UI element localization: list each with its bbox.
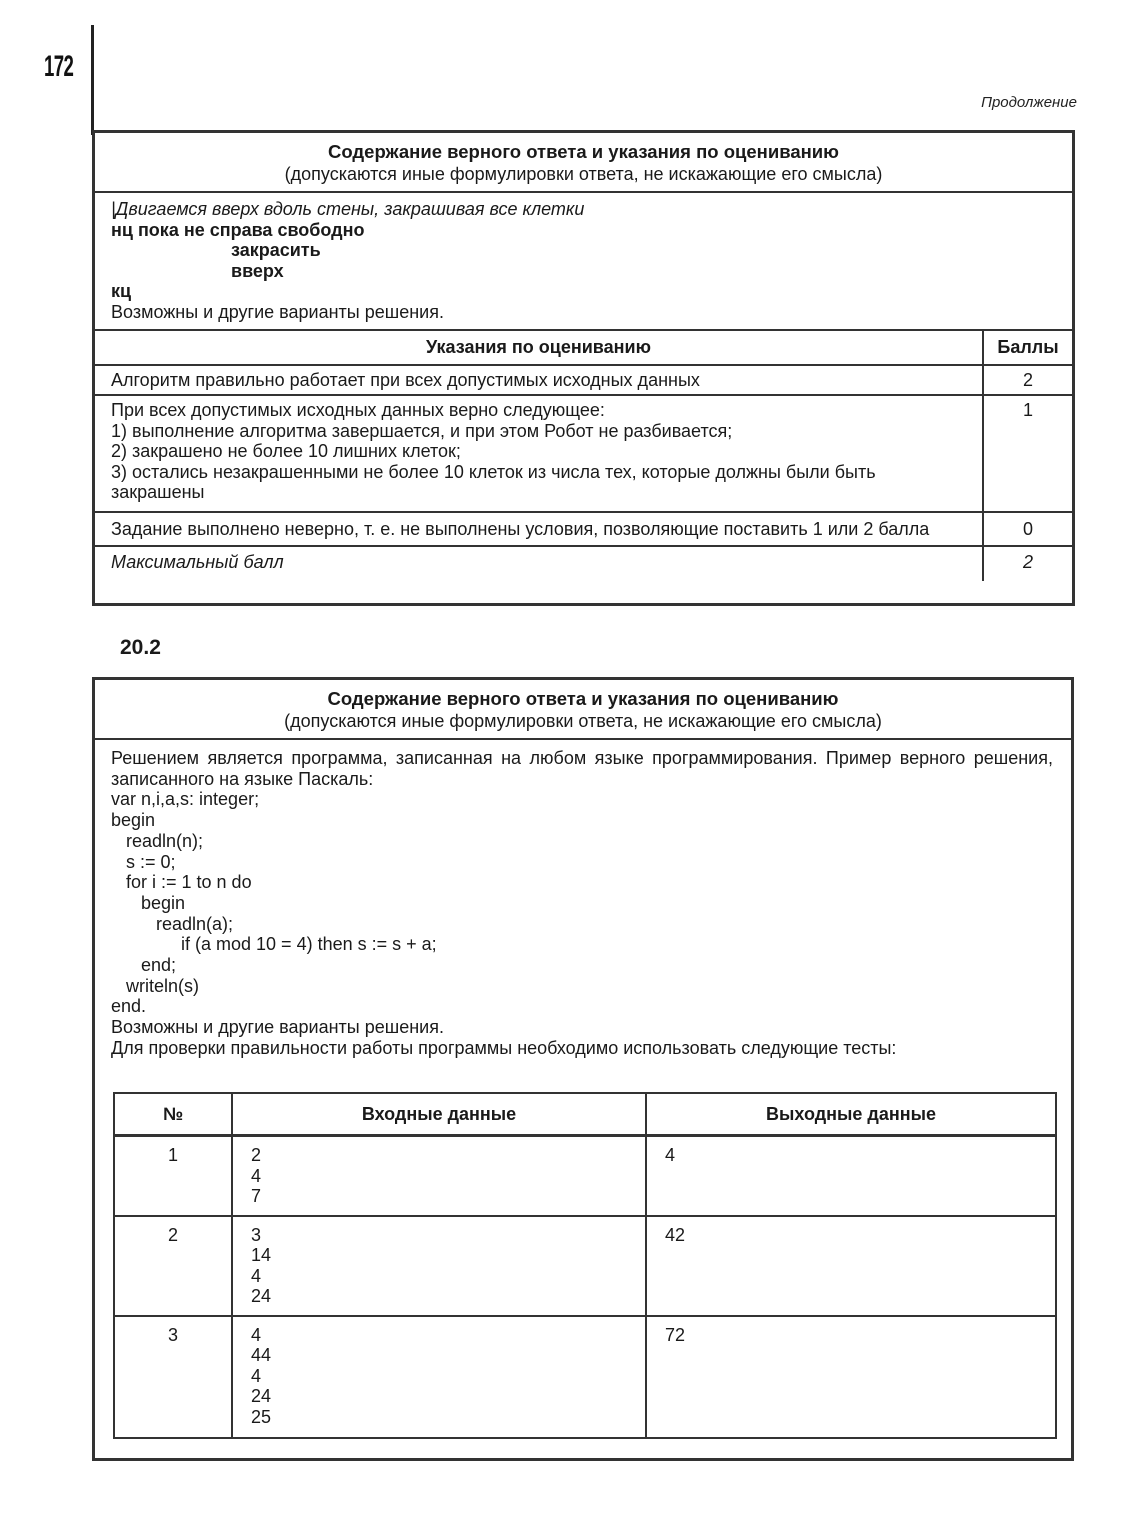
code-line: readln(a); — [111, 914, 1053, 935]
criteria-cell: Алгоритм правильно работает при всех доп… — [95, 365, 983, 396]
code-line: writeln(s) — [111, 976, 1053, 997]
continuation-label: Продолжение — [981, 94, 1077, 111]
input-value: 24 — [251, 1386, 627, 1407]
box-header-title: Содержание верного ответа и указания по … — [95, 141, 1072, 163]
test-output: 72 — [646, 1316, 1056, 1438]
alternatives-note: Возможны и другие варианты решения. — [111, 1017, 1053, 1038]
grading-table: Указания по оцениванию Баллы Алгоритм пр… — [95, 329, 1072, 581]
code-line: for i := 1 to n do — [111, 872, 1053, 893]
input-value: 25 — [251, 1407, 627, 1428]
program-solution: Решением является программа, записанная … — [95, 740, 1071, 1059]
points-cell: 2 — [983, 546, 1072, 581]
code-line: begin — [111, 810, 1053, 831]
input-value: 4 — [251, 1266, 627, 1287]
code-line: s := 0; — [111, 852, 1053, 873]
input-value: 7 — [251, 1186, 627, 1207]
input-value: 44 — [251, 1345, 627, 1366]
algorithm-comment: |Двигаемся вверх вдоль стены, закрашивая… — [111, 199, 1056, 220]
output-header: Выходные данные — [646, 1093, 1056, 1136]
test-output: 42 — [646, 1216, 1056, 1316]
grading-row: Задание выполнено неверно, т. е. не выпо… — [95, 512, 1072, 547]
tests-intro: Для проверки правильности работы програм… — [111, 1038, 1053, 1059]
criteria-cell: Максимальный балл — [95, 546, 983, 581]
input-value: 4 — [251, 1166, 627, 1187]
num-header: № — [114, 1093, 232, 1136]
grading-header-row: Указания по оцениванию Баллы — [95, 330, 1072, 365]
box-header: Содержание верного ответа и указания по … — [95, 133, 1072, 193]
input-value: 14 — [251, 1245, 627, 1266]
algorithm-line: кц — [111, 281, 1056, 302]
box-header-subtitle: (допускаются иные формулировки ответа, н… — [95, 163, 1072, 185]
tests-table: № Входные данные Выходные данные 1247423… — [113, 1092, 1057, 1439]
input-value: 24 — [251, 1286, 627, 1307]
points-cell: 2 — [983, 365, 1072, 396]
points-cell: 0 — [983, 512, 1072, 547]
test-input: 44442425 — [232, 1316, 646, 1438]
code-line: begin — [111, 893, 1053, 914]
test-input: 314424 — [232, 1216, 646, 1316]
grading-row-max: Максимальный балл 2 — [95, 546, 1072, 581]
section-title: 20.2 — [120, 636, 161, 660]
test-number: 2 — [114, 1216, 232, 1316]
box-header-subtitle: (допускаются иные формулировки ответа, н… — [95, 710, 1071, 732]
solution-intro: Решением является программа, записанная … — [111, 748, 1053, 789]
tests-header-row: № Входные данные Выходные данные — [114, 1093, 1056, 1136]
box-header-title: Содержание верного ответа и указания по … — [95, 688, 1071, 710]
input-value: 4 — [251, 1366, 627, 1387]
box-header: Содержание верного ответа и указания по … — [95, 680, 1071, 740]
input-value: 4 — [251, 1325, 627, 1346]
points-header: Баллы — [983, 330, 1072, 365]
page-number: 172 — [44, 50, 73, 84]
criteria-line: 3) остались незакрашенными не более 10 к… — [111, 462, 966, 503]
code-line: var n,i,a,s: integer; — [111, 789, 1053, 810]
margin-rule — [91, 25, 94, 135]
criteria-line: При всех допустимых исходных данных верн… — [111, 400, 966, 421]
alternatives-note: Возможны и другие варианты решения. — [111, 302, 1056, 323]
test-row: 34444242572 — [114, 1316, 1056, 1438]
test-row: 12474 — [114, 1136, 1056, 1216]
points-cell: 1 — [983, 395, 1072, 512]
code-block: var n,i,a,s: integer;begin readln(n); s … — [111, 789, 1053, 1017]
algorithm-line: нц пока не справа свободно — [111, 220, 1056, 241]
algorithm-line: закрасить — [111, 240, 1056, 261]
code-line: if (a mod 10 = 4) then s := s + a; — [111, 934, 1053, 955]
test-output: 4 — [646, 1136, 1056, 1216]
criteria-cell: Задание выполнено неверно, т. е. не выпо… — [95, 512, 983, 547]
criteria-line: 2) закрашено не более 10 лишних клеток; — [111, 441, 966, 462]
algorithm-line: вверх — [111, 261, 1056, 282]
test-number: 3 — [114, 1316, 232, 1438]
test-number: 1 — [114, 1136, 232, 1216]
criteria-line: 1) выполнение алгоритма завершается, и п… — [111, 421, 966, 442]
criteria-cell: При всех допустимых исходных данных верн… — [95, 395, 983, 512]
grading-row: При всех допустимых исходных данных верн… — [95, 395, 1072, 512]
code-line: end. — [111, 996, 1053, 1017]
input-value: 3 — [251, 1225, 627, 1246]
code-line: readln(n); — [111, 831, 1053, 852]
code-line: end; — [111, 955, 1053, 976]
answer-box-2: Содержание верного ответа и указания по … — [92, 677, 1074, 1461]
criteria-header: Указания по оцениванию — [95, 330, 983, 365]
grading-row: Алгоритм правильно работает при всех доп… — [95, 365, 1072, 396]
test-row: 231442442 — [114, 1216, 1056, 1316]
answer-algorithm: |Двигаемся вверх вдоль стены, закрашивая… — [95, 193, 1072, 322]
input-value: 2 — [251, 1145, 627, 1166]
input-header: Входные данные — [232, 1093, 646, 1136]
test-input: 247 — [232, 1136, 646, 1216]
answer-box-1: Содержание верного ответа и указания по … — [92, 130, 1075, 606]
